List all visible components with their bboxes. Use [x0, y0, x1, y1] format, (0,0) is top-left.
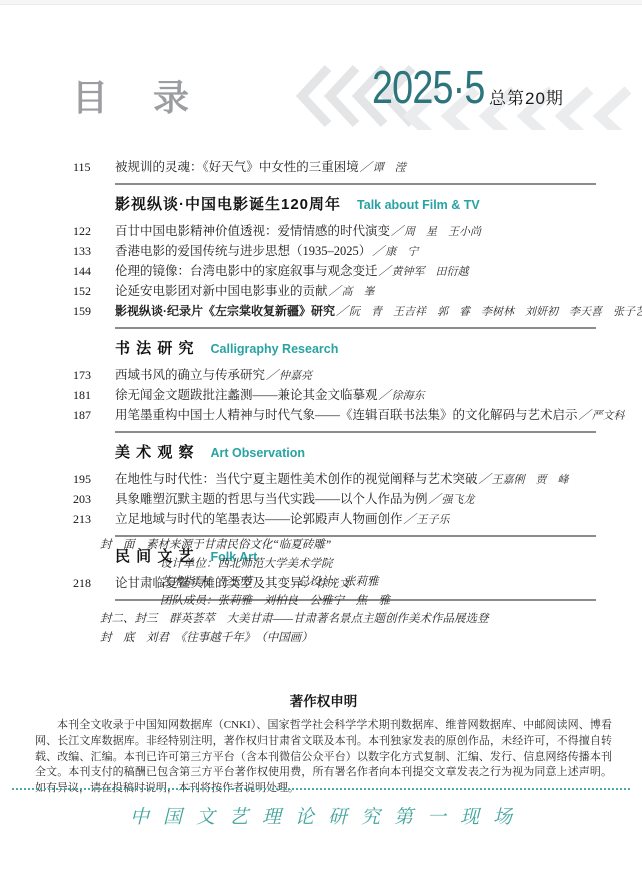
- section-header: 影视纵谈·中国电影诞生120周年 Talk about Film & TV: [0, 194, 642, 216]
- article-title: 徐无闻金文题跋批注蠡测——兼论其金文临摹观: [115, 386, 378, 405]
- article-title: 论延安电影团对新中国电影事业的贡献: [115, 282, 328, 301]
- page-number: 187: [73, 406, 115, 425]
- author-separator: ／: [479, 470, 491, 489]
- section-header: 书 法 研 究 Calligraphy Research: [0, 338, 642, 360]
- author-separator: ／: [404, 510, 416, 529]
- author-separator: ／: [429, 490, 441, 509]
- article-authors: 严文科: [592, 407, 625, 426]
- page-number: 213: [73, 510, 115, 529]
- article-title: 立足地域与时代的笔墨表达——论郭殿声人物画创作: [115, 510, 403, 529]
- section-title-en: Calligraphy Research: [211, 342, 339, 356]
- issue-number: 总第20期: [489, 84, 564, 109]
- page-number: 115: [73, 158, 115, 177]
- page-number: 173: [73, 366, 115, 385]
- article-title: 影视纵谈·纪录片《左宗棠收复新疆》研究: [115, 302, 335, 321]
- cover-credits: 封 面 素材来源于甘肃民俗文化“临夏砖雕”设计单位：西北师范大学美术学院艺术指导…: [0, 536, 642, 647]
- article-authors: 强飞龙: [442, 491, 475, 510]
- top-strip: [0, 0, 642, 5]
- section-divider: [115, 431, 596, 433]
- section-divider: [115, 327, 596, 329]
- article-title: 伦理的镜像：台湾电影中的家庭叙事与观念变迁: [115, 262, 378, 281]
- article-title: 西域书风的确立与传承研究: [115, 366, 265, 385]
- page-number: 195: [73, 470, 115, 489]
- article-authors: 高 峯: [342, 283, 375, 302]
- article-authors: 阮 青 王吉祥 郭 睿 李树林 刘妍初 李天喜 张子艺: [349, 303, 642, 322]
- section-title-en: Talk about Film & TV: [357, 198, 480, 212]
- author-separator: ／: [379, 386, 391, 405]
- author-separator: ／: [372, 242, 384, 261]
- article-authors: 谭 滢: [373, 159, 406, 178]
- header: 目 录 2025·5 总第20期: [0, 58, 642, 138]
- author-separator: ／: [266, 366, 278, 385]
- page-number: 144: [73, 262, 115, 281]
- article-authors: 王子乐: [417, 511, 450, 530]
- journal-slogan: 中国文艺理论研究第一现场: [0, 802, 642, 829]
- article-authors: 王嘉俐 贾 峰: [492, 471, 569, 490]
- toc-entry: 187 用笔墨重构中国士人精神与时代气象——《连辑百联书法集》的文化解码与艺术启…: [0, 406, 642, 426]
- toc-entry: 115 被规训的灵魂：《好天气》中女性的三重困境 ／ 谭 滢: [0, 158, 642, 178]
- article-title: 用笔墨重构中国士人精神与时代气象——《连辑百联书法集》的文化解码与艺术启示: [115, 406, 578, 425]
- section-title-cn: 影视纵谈·中国电影诞生120周年: [115, 196, 341, 213]
- author-separator: ／: [579, 406, 591, 425]
- article-authors: 徐海东: [392, 387, 425, 406]
- page-number: 152: [73, 282, 115, 301]
- article-authors: 黄钟军 田衍越: [392, 263, 469, 282]
- article-title: 被规训的灵魂：《好天气》中女性的三重困境: [115, 158, 359, 177]
- author-separator: ／: [360, 158, 372, 177]
- article-authors: 康 宁: [385, 243, 418, 262]
- section-header: 美 术 观 察 Art Observation: [0, 442, 642, 464]
- toc-entry: 159 影视纵谈·纪录片《左宗棠收复新疆》研究 ／ 阮 青 王吉祥 郭 睿 李树…: [0, 302, 642, 322]
- cover-credit-line: 团队成员：张莉雅 刘柏良 公雅宁 焦 雅: [0, 592, 642, 611]
- toc-page: 目 录 2025·5 总第20期 115 被规训的灵魂：《好天气》中女性的三重困…: [0, 0, 642, 883]
- article-title: 百廿中国电影精神价值透视：爱情情感的时代演变: [115, 222, 390, 241]
- cover-credit-line: 封二、封三 群英荟萃 大美甘肃——甘肃著名景点主题创作美术作品展选登: [0, 610, 642, 629]
- toc-entry: 144 伦理的镜像：台湾电影中的家庭叙事与观念变迁 ／ 黄钟军 田衍越: [0, 262, 642, 282]
- section-title-en: Art Observation: [211, 446, 305, 460]
- section-title-cn: 书 法 研 究: [115, 340, 195, 357]
- toc-entry: 181 徐无闻金文题跋批注蠡测——兼论其金文临摹观 ／ 徐海东: [0, 386, 642, 406]
- page-number: 181: [73, 386, 115, 405]
- page-number: 159: [73, 302, 115, 321]
- author-separator: ／: [329, 282, 341, 301]
- article-title: 具象雕塑沉默主题的哲思与当代实践——以个人作品为例: [115, 490, 428, 509]
- article-title: 香港电影的爱国传统与进步思想（1935–2025）: [115, 242, 371, 261]
- cover-credit-line: 封 面 素材来源于甘肃民俗文化“临夏砖雕”: [0, 536, 642, 555]
- section-divider: [115, 183, 596, 185]
- section-title-cn: 美 术 观 察: [115, 444, 195, 461]
- page-number: 122: [73, 222, 115, 241]
- toc-entry: 203 具象雕塑沉默主题的哲思与当代实践——以个人作品为例 ／ 强飞龙: [0, 490, 642, 510]
- article-authors: 仲嘉亮: [279, 367, 312, 386]
- toc-entry: 195 在地性与时代性：当代宁夏主题性美术创作的视觉阐释与艺术突破 ／ 王嘉俐 …: [0, 470, 642, 490]
- page-number: 133: [73, 242, 115, 261]
- copyright-body: 本刊全文收录于中国知网数据库（CNKI）、国家哲学社会科学学术期刊数据库、维普网…: [35, 718, 612, 797]
- cover-credit-line: 设计单位：西北师范大学美术学院: [0, 555, 642, 574]
- article-title: 在地性与时代性：当代宁夏主题性美术创作的视觉阐释与艺术突破: [115, 470, 478, 489]
- article-authors: 周 星 王小尚: [404, 223, 481, 242]
- author-separator: ／: [336, 302, 348, 321]
- page-number: 203: [73, 490, 115, 509]
- dotted-divider: [12, 788, 630, 790]
- toc-entry: 152 论延安电影团对新中国电影事业的贡献 ／ 高 峯: [0, 282, 642, 302]
- toc-entry: 173 西域书风的确立与传承研究 ／ 仲嘉亮: [0, 366, 642, 386]
- toc-entry: 213 立足地域与时代的笔墨表达——论郭殿声人物画创作 ／ 王子乐: [0, 510, 642, 530]
- copyright-title: 著作权申明: [35, 690, 612, 710]
- issue-year: 2025·5: [372, 60, 485, 114]
- copyright-notice: 著作权申明 本刊全文收录于中国知网数据库（CNKI）、国家哲学社会科学学术期刊数…: [35, 690, 612, 797]
- toc-entry: 133 香港电影的爱国传统与进步思想（1935–2025） ／ 康 宁: [0, 242, 642, 262]
- cover-credit-line: 艺术指导：王玉芳 总设计：张莉雅: [0, 573, 642, 592]
- cover-credit-line: 封 底 刘君 《往事越千年》 （中国画）: [0, 629, 642, 648]
- toc-entry: 122 百廿中国电影精神价值透视：爱情情感的时代演变 ／ 周 星 王小尚: [0, 222, 642, 242]
- page-title: 目 录: [72, 70, 207, 121]
- author-separator: ／: [379, 262, 391, 281]
- author-separator: ／: [391, 222, 403, 241]
